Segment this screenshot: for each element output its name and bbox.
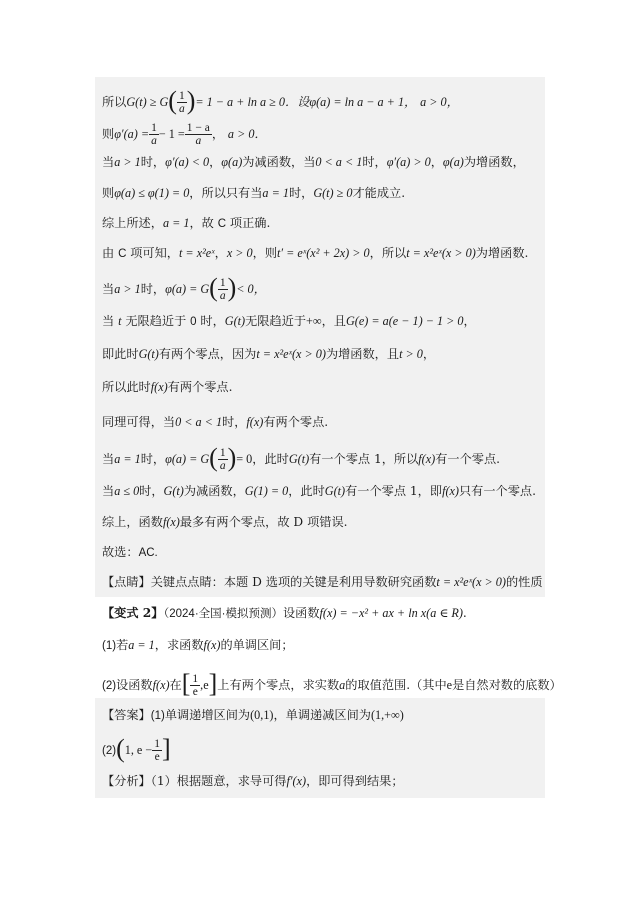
text-fragment: ，且	[322, 314, 346, 328]
answer-line-1: 【答案】(1)单调递增区间为(0,1)，单调递减区间为(1,+∞)	[102, 707, 404, 724]
fraction-denominator: a	[218, 460, 228, 472]
solution-line-13: 当a ≤ 0时，G(t)为减函数，G(1) = 0，此时G(t)有一个零点 1，…	[102, 483, 536, 499]
text-fragment: 设函数	[116, 678, 153, 692]
text-fragment: 的性质	[506, 575, 543, 589]
text-fragment: 当	[102, 452, 114, 466]
text-fragment: = 0	[236, 452, 252, 466]
text-fragment: − 1 =	[159, 127, 185, 141]
text-fragment: 当	[102, 155, 114, 169]
text-fragment: φ(a)	[221, 155, 242, 169]
text-fragment: t > 0	[399, 347, 423, 361]
final-choice: 故选：AC.	[102, 544, 158, 561]
text-fragment: t = x²eˣ(x > 0)	[436, 575, 506, 589]
fraction-numerator: 1	[149, 122, 159, 135]
text-fragment: a > 0，	[420, 95, 459, 109]
text-fragment: G(t)	[139, 347, 159, 361]
text-fragment: 只有一个零点.	[459, 484, 536, 498]
text-fragment: (a ∈ R)	[426, 606, 463, 620]
fraction-denominator: e	[152, 751, 162, 763]
text-fragment: f(x)	[246, 415, 263, 429]
text-fragment: 最多有两个零点，故 D 项错误.	[180, 515, 348, 529]
text-fragment: G(t)	[225, 314, 245, 328]
text-fragment: a = 1	[114, 452, 141, 466]
text-fragment: 关键点点睛：本题 D 选项的关键是利用导数研究函数	[151, 575, 437, 589]
text-fragment: f(x)	[153, 678, 170, 692]
text-fragment: φ′(a) =	[114, 127, 149, 141]
answer-line-2: (2)(1, e −1e]	[102, 738, 171, 763]
fraction-denominator: a	[149, 135, 159, 147]
text-fragment: .	[463, 606, 467, 620]
key-point-note: 【点睛】关键点点睛：本题 D 选项的关键是利用导数研究函数t = x²eˣ(x …	[102, 574, 543, 590]
text-fragment: 时，	[222, 415, 246, 429]
solution-line-2: 则φ′(a) =1a− 1 =1 − aa， a > 0．	[102, 122, 267, 147]
text-fragment: 的取值范围.（其中	[345, 678, 446, 692]
text-fragment: t = x²eˣ	[179, 246, 215, 260]
text-fragment: 时，	[289, 186, 313, 200]
text-fragment: 时，	[362, 155, 386, 169]
text-fragment: φ(a) = G	[165, 452, 209, 466]
text-fragment: 所以	[102, 95, 126, 109]
solution-block: 所以G(t) ≥ G(1a)= 1 − a + ln a ≥ 0．设φ(a) =…	[95, 77, 545, 597]
analysis-tag: 【分析】	[102, 774, 151, 788]
text-fragment: +∞	[306, 314, 322, 328]
fraction-denominator: e	[190, 686, 200, 698]
solution-line-6: 由 C 项可知，t = x²eˣ，x > 0，则t′ = eˣ(x² + 2x)…	[102, 245, 528, 262]
answer-tag: 【答案】	[102, 708, 151, 722]
text-fragment: ，单调递减区间为	[273, 708, 371, 722]
variant-tag: 【变式 2】	[102, 606, 163, 620]
text-fragment: φ(a) = G	[165, 282, 209, 296]
text-fragment: (0,1)	[250, 708, 273, 722]
text-fragment: ，	[209, 155, 221, 169]
text-fragment: 上有两个零点，求实数	[217, 678, 339, 692]
answer-block: 【答案】(1)单调递增区间为(0,1)，单调递减区间为(1,+∞) (2)(1,…	[95, 698, 545, 798]
fraction-1-over-e: 1e	[190, 673, 200, 698]
text-fragment: 为增函数，且	[326, 347, 399, 361]
text-fragment: f′(x)	[286, 774, 306, 788]
fraction-1-minus-a-over-a: 1 − aa	[185, 122, 212, 147]
solution-line-10: 所以此时f(x)有两个零点.	[102, 379, 232, 395]
text-fragment: 即此时	[102, 347, 139, 361]
text-fragment: 故选：	[102, 545, 139, 559]
solution-line-1: 所以G(t) ≥ G(1a)= 1 − a + ln a ≥ 0．设φ(a) =…	[102, 90, 459, 115]
text-fragment: 0 < a < 1	[175, 415, 222, 429]
text-fragment: f(x)	[418, 452, 435, 466]
text-fragment: 同理可得，当	[102, 415, 175, 429]
solution-line-12: 当a = 1时，φ(a) = G(1a)= 0，此时G(t)有一个零点 1，所以…	[102, 447, 500, 472]
text-fragment: φ(a) = ln a − a + 1，	[309, 95, 416, 109]
text-fragment: f(x) = −x² + ax + ln x	[320, 606, 427, 620]
text-fragment: ，即可得到结果；	[306, 774, 404, 788]
text-fragment: a > 1	[114, 155, 141, 169]
text-fragment: G(1) = 0	[245, 484, 288, 498]
question-2: (2)设函数f(x)在[1e,e]上有两个零点，求实数a的取值范围.（其中e是自…	[102, 673, 562, 698]
text-fragment: 当	[102, 314, 118, 328]
text-fragment: G(t) ≥ 0	[313, 186, 352, 200]
text-fragment: (1,+∞)	[371, 708, 404, 722]
text-fragment: a ≤ 0	[114, 484, 139, 498]
text-fragment: a = 1	[128, 638, 155, 652]
analysis-line: 【分析】（1）根据题意，求导可得f′(x)，即可得到结果；	[102, 773, 404, 789]
text-fragment: 有两个零点.	[168, 380, 233, 394]
text-fragment: G(t) ≥ G	[126, 95, 168, 109]
text-fragment: G(e) = a(e − 1) − 1 > 0	[346, 314, 464, 328]
text-fragment: ,e	[200, 678, 208, 692]
text-fragment: 为增函数，	[464, 155, 525, 169]
solution-line-4: 则φ(a) ≤ φ(1) = 0，所以只有当a = 1时，G(t) ≥ 0才能成…	[102, 185, 405, 201]
fraction-denominator: a	[218, 290, 228, 302]
parenthesis-glyph: )	[228, 273, 237, 302]
variant-source: （2024·全国·模拟预测）	[163, 608, 283, 620]
parenthesis-glyph: (	[209, 273, 218, 302]
document-page: 所以G(t) ≥ G(1a)= 1 − a + ln a ≥ 0．设φ(a) =…	[0, 0, 640, 905]
text-fragment: 是自然对数的底数）	[452, 678, 562, 692]
text-fragment: t = x²eˣ(x > 0)	[256, 347, 326, 361]
text-fragment: 有一个零点 1，所以	[309, 452, 418, 466]
fraction-numerator: 1	[152, 738, 162, 751]
text-fragment: 有两个零点.	[263, 415, 328, 429]
text-fragment: 时，	[141, 452, 165, 466]
text-fragment: 综上，函数	[102, 515, 163, 529]
text-fragment: 在	[170, 678, 182, 692]
text-fragment: 若	[116, 638, 128, 652]
text-fragment: (1)	[102, 640, 116, 652]
text-fragment: 0 < a < 1	[315, 155, 362, 169]
text-fragment: 无限趋近于	[121, 314, 190, 328]
fraction-1-over-e: 1e	[152, 738, 162, 763]
solution-line-5: 综上所述，a = 1，故 C 项正确.	[102, 215, 270, 232]
text-fragment: 的单调区间；	[220, 638, 293, 652]
text-fragment: ，则	[253, 246, 277, 260]
solution-line-3: 当a > 1时，φ′(a) < 0，φ(a)为减函数，当0 < a < 1时，φ…	[102, 154, 525, 170]
text-fragment: 则	[102, 186, 114, 200]
fraction-numerator: 1	[218, 447, 228, 460]
fraction-numerator: 1	[218, 277, 228, 290]
solution-line-9: 即此时G(t)有两个零点，因为t = x²eˣ(x > 0)为增函数，且t > …	[102, 346, 435, 362]
text-fragment: 设函数	[283, 606, 320, 620]
question-1: (1)若a = 1，求函数f(x)的单调区间；	[102, 637, 294, 654]
text-fragment: 当	[102, 484, 114, 498]
text-fragment: 为减函数，	[184, 484, 245, 498]
text-fragment: ，所以	[370, 246, 407, 260]
bracket-glyph: ]	[162, 734, 171, 763]
text-fragment: 则	[102, 127, 114, 141]
text-fragment: 为减函数，当	[242, 155, 315, 169]
bracket-glyph: ]	[209, 669, 218, 698]
variant-title-line: 【变式 2】（2024·全国·模拟预测）设函数f(x) = −x² + ax +…	[102, 605, 467, 622]
fraction-numerator: 1	[190, 673, 200, 686]
bracket-glyph: [	[182, 669, 191, 698]
fraction-denominator: a	[185, 135, 212, 147]
text-fragment: f(x)	[442, 484, 459, 498]
text-fragment: 综上所述，	[102, 216, 163, 230]
text-fragment: AC.	[139, 547, 158, 559]
text-fragment: ，此时	[252, 452, 289, 466]
text-fragment: a = 1	[262, 186, 289, 200]
solution-line-11: 同理可得，当0 < a < 1时，f(x)有两个零点.	[102, 414, 328, 430]
text-fragment: （1）根据题意，求导可得	[151, 774, 287, 788]
text-fragment: C	[218, 218, 226, 230]
text-fragment: f(x)	[204, 638, 221, 652]
text-fragment: φ′(a) > 0	[387, 155, 431, 169]
text-fragment: 当	[102, 282, 114, 296]
text-fragment: ，	[215, 246, 227, 260]
text-fragment: (2)	[102, 745, 116, 757]
text-fragment: a = 1	[163, 216, 190, 230]
text-fragment: 为增函数.	[476, 246, 529, 260]
parenthesis-glyph: (	[209, 443, 218, 472]
text-fragment: G(t)	[289, 452, 309, 466]
text-fragment: = 1 − a + ln a ≥ 0．设	[195, 95, 309, 109]
text-fragment: a > 1	[114, 282, 141, 296]
text-fragment: 项可知，	[126, 246, 179, 260]
text-fragment: G(t)	[164, 484, 184, 498]
text-fragment: t′ = eˣ(x² + 2x) > 0	[277, 246, 370, 260]
fraction-numerator: 1 − a	[185, 122, 212, 135]
text-fragment: 有两个零点，因为	[159, 347, 257, 361]
text-fragment: 由	[102, 246, 118, 260]
fraction-numerator: 1	[177, 90, 187, 103]
key-point-tag: 【点睛】	[102, 575, 151, 589]
text-fragment: a > 0．	[228, 127, 267, 141]
text-fragment: ，	[423, 347, 435, 361]
parenthesis-glyph: )	[187, 86, 196, 115]
text-fragment: ，求函数	[155, 638, 204, 652]
text-fragment: ，	[464, 314, 476, 328]
text-fragment: ，所以只有当	[189, 186, 262, 200]
solution-line-8: 当 t 无限趋近于 0 时，G(t)无限趋近于+∞，且G(e) = a(e − …	[102, 313, 476, 330]
text-fragment: < 0，	[236, 282, 266, 296]
text-fragment: 1, e −	[125, 743, 153, 757]
text-fragment: G(t)	[325, 484, 345, 498]
text-fragment: 时，	[197, 314, 225, 328]
parenthesis-glyph: (	[116, 734, 125, 763]
text-fragment: f(x)	[163, 515, 180, 529]
text-fragment: 时，	[139, 484, 163, 498]
text-fragment: 有一个零点.	[435, 452, 500, 466]
parenthesis-glyph: (	[168, 86, 177, 115]
text-fragment: t = x²eˣ(x > 0)	[406, 246, 476, 260]
text-fragment: 单调递增区间为	[165, 708, 250, 722]
variant-problem-block: 【变式 2】（2024·全国·模拟预测）设函数f(x) = −x² + ax +…	[95, 597, 545, 698]
text-fragment: x > 0	[227, 246, 253, 260]
text-fragment: f(x)	[151, 380, 168, 394]
parenthesis-glyph: )	[228, 443, 237, 472]
text-fragment: ，	[212, 127, 224, 141]
text-fragment: 才能成立.	[353, 186, 406, 200]
fraction-denominator: a	[177, 103, 187, 115]
text-fragment: 所以此时	[102, 380, 151, 394]
text-fragment: 项正确.	[226, 216, 270, 230]
text-fragment: 有一个零点 1，即	[345, 484, 442, 498]
solution-line-14: 综上，函数f(x)最多有两个零点，故 D 项错误.	[102, 514, 348, 530]
text-fragment: 时，	[141, 155, 165, 169]
solution-line-7: 当a > 1时，φ(a) = G(1a)< 0，	[102, 277, 266, 302]
text-fragment: ，故	[189, 216, 217, 230]
text-fragment: ，此时	[288, 484, 325, 498]
text-fragment: φ(a)	[443, 155, 464, 169]
text-fragment: (1)	[151, 710, 165, 722]
text-fragment: 无限趋近于	[245, 314, 306, 328]
text-fragment: ，	[431, 155, 443, 169]
text-fragment: 时，	[141, 282, 165, 296]
text-fragment: φ′(a) < 0	[165, 155, 209, 169]
text-fragment: (2)	[102, 680, 116, 692]
text-fragment: φ(a) ≤ φ(1) = 0	[114, 186, 189, 200]
fraction-1-over-a: 1a	[177, 90, 187, 115]
